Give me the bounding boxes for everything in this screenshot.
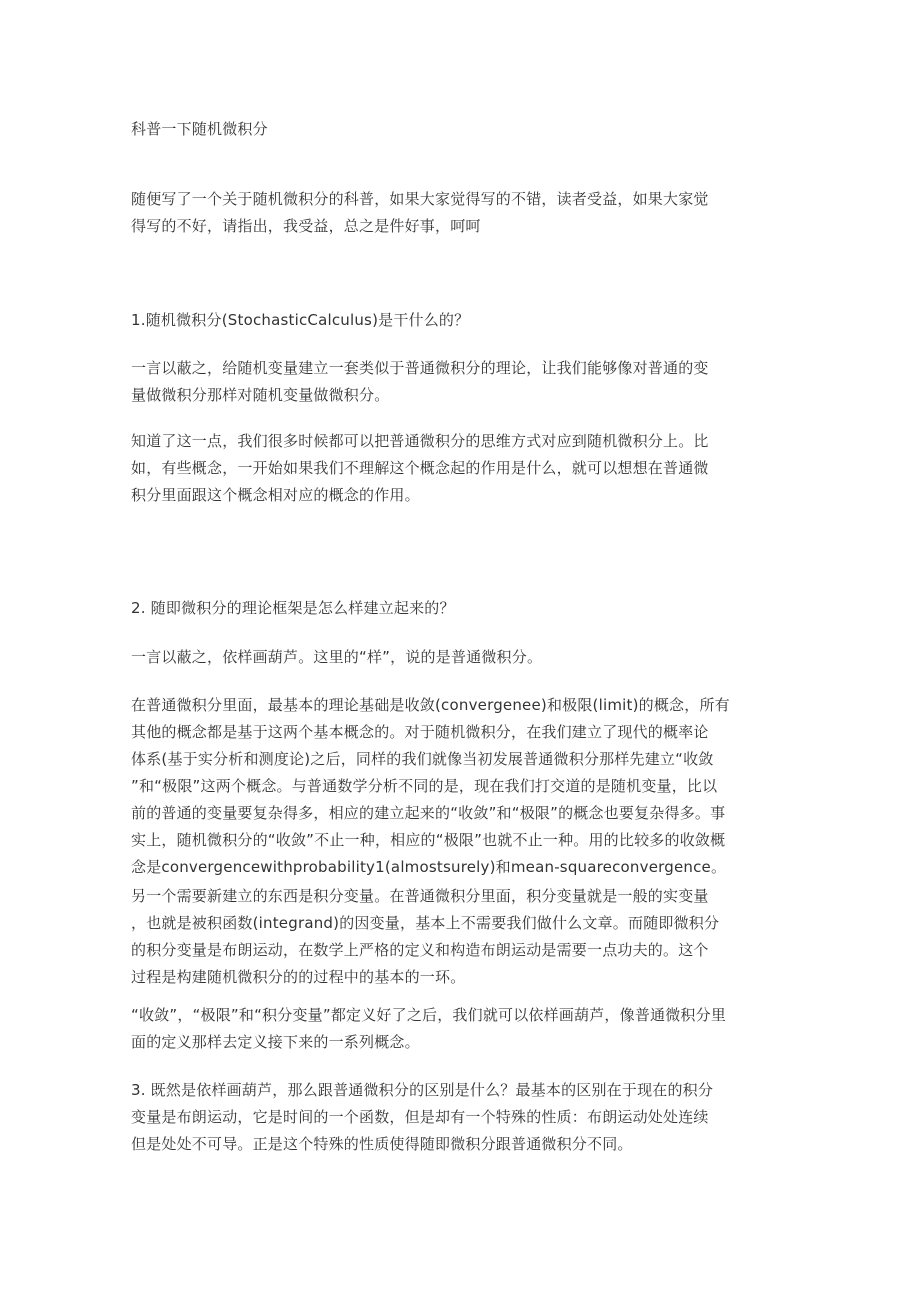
text-line: 一言以蔽之，给随机变量建立一套类似于普通微积分的理论，让我们能够像对普通的变 bbox=[131, 355, 771, 382]
title-text: 科普一下随机微积分 bbox=[131, 116, 771, 143]
section-2-paragraph-1: 一言以蔽之，依样画葫芦。这里的“样”，说的是普通微积分。 bbox=[131, 644, 771, 671]
text-line: 随便写了一个关于随机微积分的科普，如果大家觉得写的不错，读者受益，如果大家觉 bbox=[131, 186, 771, 213]
text-line: 变量是布朗运动，它是时间的一个函数，但是却有一个特殊的性质：布朗运动处处连续 bbox=[131, 1104, 771, 1131]
text-line: 在普通微积分里面，最基本的理论基础是收敛(convergenee)和极限(lim… bbox=[131, 692, 771, 719]
section-2-heading: 2. 随即微积分的理论框架是怎么样建立起来的？ bbox=[131, 595, 771, 622]
text-line: 量做微积分那样对随机变量做微积分。 bbox=[131, 382, 771, 409]
text-line: 如，有些概念，一开始如果我们不理解这个概念起的作用是什么，就可以想想在普通微 bbox=[131, 455, 771, 482]
section-2-paragraph-4: “收敛”，“极限”和“积分变量”都定义好了之后，我们就可以依样画葫芦，像普通微积… bbox=[131, 1002, 771, 1056]
section-2-paragraph-2: 在普通微积分里面，最基本的理论基础是收敛(convergenee)和极限(lim… bbox=[131, 692, 771, 881]
text-line: 实上，随机微积分的“收敛”不止一种，相应的“极限”也就不止一种。用的比较多的收敛… bbox=[131, 827, 771, 854]
section-2-paragraph-3: 另一个需要新建立的东西是积分变量。在普通微积分里面，积分变量就是一般的实变量 ，… bbox=[131, 883, 771, 991]
text-line: 得写的不好，请指出，我受益，总之是件好事，呵呵 bbox=[131, 213, 771, 240]
text-line: 过程是构建随机微积分的的过程中的基本的一环。 bbox=[131, 964, 771, 991]
heading-text: 1.随机微积分(StochasticCalculus)是干什么的？ bbox=[131, 307, 771, 334]
text-line: ，也就是被积函数(integrand)的因变量，基本上不需要我们做什么文章。而随… bbox=[131, 910, 771, 937]
text-line: “收敛”，“极限”和“积分变量”都定义好了之后，我们就可以依样画葫芦，像普通微积… bbox=[131, 1002, 771, 1029]
section-1-paragraph-2: 知道了这一点，我们很多时候都可以把普通微积分的思维方式对应到随机微积分上。比 如… bbox=[131, 428, 771, 509]
text-line: 知道了这一点，我们很多时候都可以把普通微积分的思维方式对应到随机微积分上。比 bbox=[131, 428, 771, 455]
document-title: 科普一下随机微积分 bbox=[131, 116, 771, 143]
section-3-paragraph: 3. 既然是依样画葫芦，那么跟普通微积分的区别是什么？最基本的区别在于现在的积分… bbox=[131, 1077, 771, 1158]
section-1-heading: 1.随机微积分(StochasticCalculus)是干什么的？ bbox=[131, 307, 771, 334]
text-line: 3. 既然是依样画葫芦，那么跟普通微积分的区别是什么？最基本的区别在于现在的积分 bbox=[131, 1077, 771, 1104]
text-line: 一言以蔽之，依样画葫芦。这里的“样”，说的是普通微积分。 bbox=[131, 644, 771, 671]
text-line: 另一个需要新建立的东西是积分变量。在普通微积分里面，积分变量就是一般的实变量 bbox=[131, 883, 771, 910]
section-1-paragraph-1: 一言以蔽之，给随机变量建立一套类似于普通微积分的理论，让我们能够像对普通的变 量… bbox=[131, 355, 771, 409]
text-line: 面的定义那样去定义接下来的一系列概念。 bbox=[131, 1029, 771, 1056]
intro-paragraph: 随便写了一个关于随机微积分的科普，如果大家觉得写的不错，读者受益，如果大家觉 得… bbox=[131, 186, 771, 240]
text-line: 前的普通的变量要复杂得多，相应的建立起来的“收敛”和“极限”的概念也要复杂得多。… bbox=[131, 800, 771, 827]
heading-text: 2. 随即微积分的理论框架是怎么样建立起来的？ bbox=[131, 595, 771, 622]
text-line: 体系(基于实分析和测度论)之后，同样的我们就像当初发展普通微积分那样先建立“收敛 bbox=[131, 746, 771, 773]
text-line: 念是convergencewithprobability1(almostsure… bbox=[131, 854, 771, 881]
text-line: ”和“极限”这两个概念。与普通数学分析不同的是，现在我们打交道的是随机变量，比以 bbox=[131, 773, 771, 800]
text-line: 但是处处不可导。正是这个特殊的性质使得随即微积分跟普通微积分不同。 bbox=[131, 1131, 771, 1158]
document-page: 科普一下随机微积分 随便写了一个关于随机微积分的科普，如果大家觉得写的不错，读者… bbox=[0, 0, 920, 1302]
text-line: 的积分变量是布朗运动，在数学上严格的定义和构造布朗运动是需要一点功夫的。这个 bbox=[131, 937, 771, 964]
text-line: 积分里面跟这个概念相对应的概念的作用。 bbox=[131, 482, 771, 509]
text-line: 其他的概念都是基于这两个基本概念的。对于随机微积分，在我们建立了现代的概率论 bbox=[131, 719, 771, 746]
